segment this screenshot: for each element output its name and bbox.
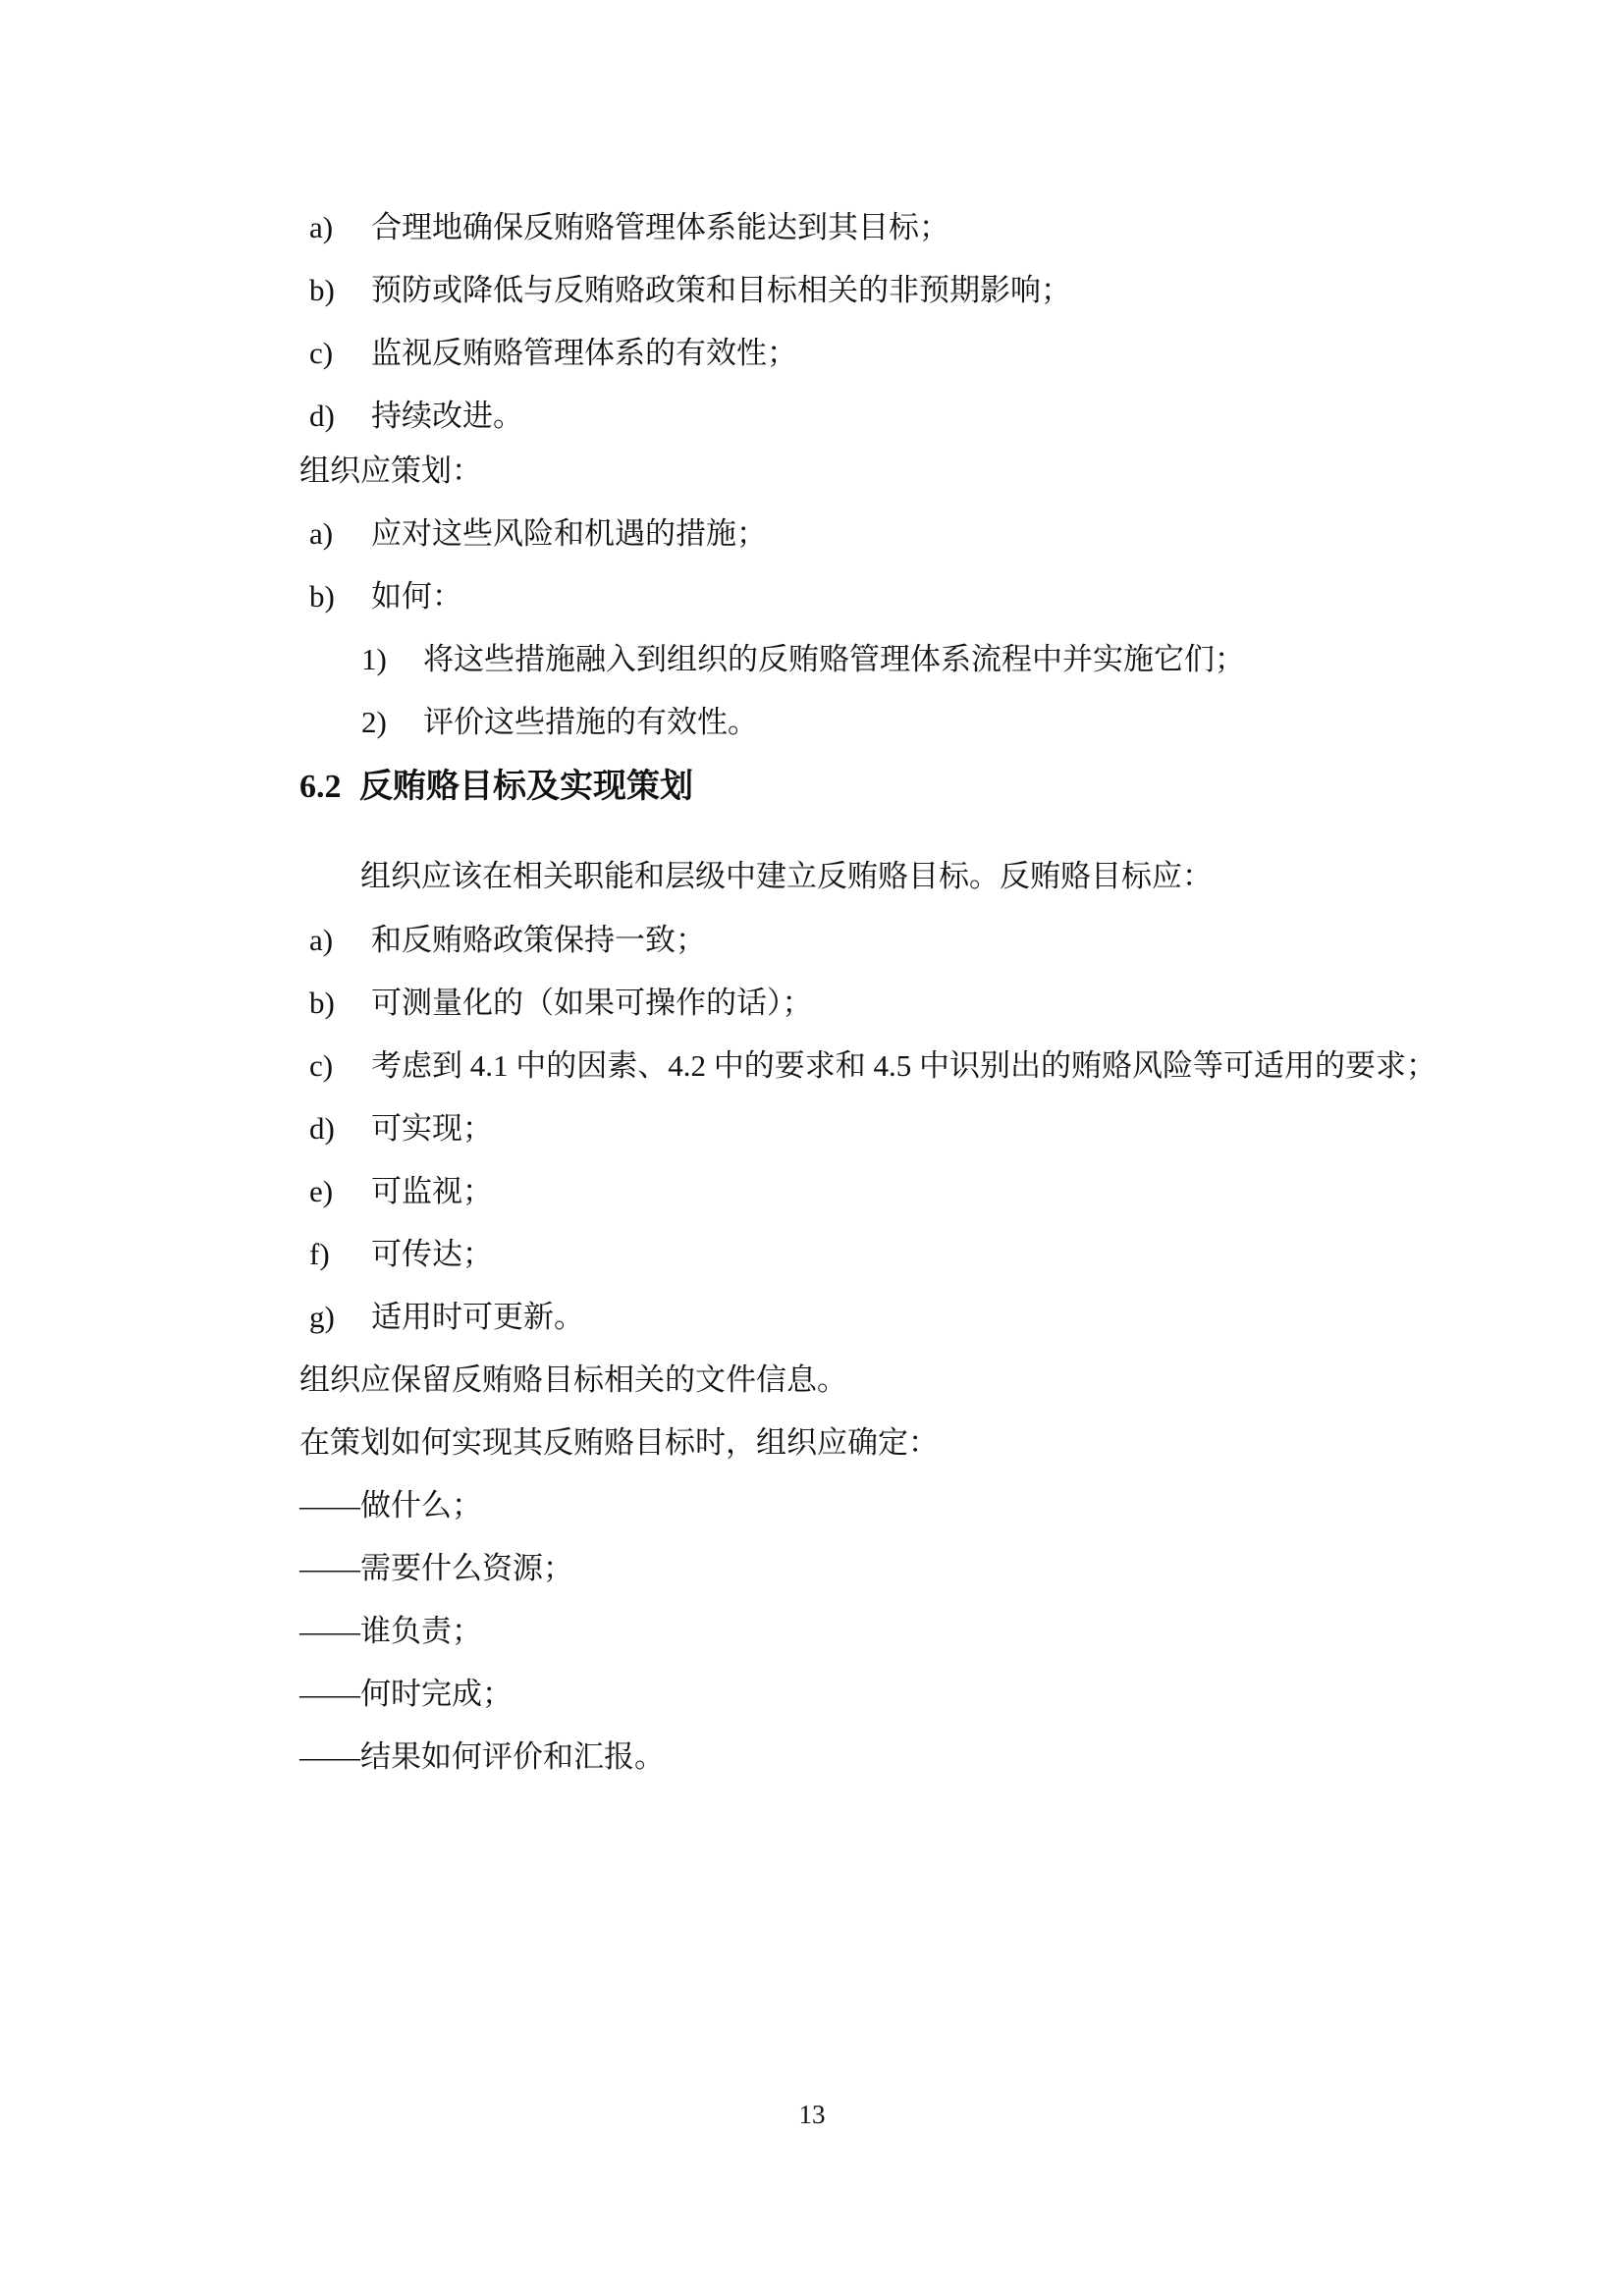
list-item: a) 应对这些风险和机遇的措施；: [299, 517, 1506, 550]
list-item: b) 如何：: [299, 580, 1506, 613]
list-item: c) 监视反贿赂管理体系的有效性；: [299, 337, 1506, 369]
list-item-marker: 1): [352, 643, 423, 675]
planning-intro-paragraph: 在策划如何实现其反贿赂目标时，组织应确定：: [299, 1426, 1506, 1459]
list-item-text: 如何：: [371, 580, 1506, 613]
list-item-text: 合理地确保反贿赂管理体系能达到其目标；: [371, 211, 1506, 243]
list-item-text: 考虑到 4.1 中的因素、4.2 中的要求和 4.5 中识别出的贿赂风险等可适用…: [371, 1049, 1506, 1082]
plan-intro-paragraph: 组织应策划：: [299, 454, 1506, 487]
list-item-text: 预防或降低与反贿赂政策和目标相关的非预期影响；: [371, 274, 1506, 306]
documented-info-paragraph: 组织应保留反贿赂目标相关的文件信息。: [299, 1363, 1506, 1396]
list-item: g) 适用时可更新。: [299, 1301, 1506, 1333]
page-number: 13: [0, 2101, 1624, 2128]
list-item-marker: 2): [352, 706, 423, 738]
list-item: e) 可监视；: [299, 1175, 1506, 1207]
list-item-marker: c): [299, 1049, 371, 1082]
list-item-marker: b): [299, 274, 371, 306]
objectives-intro-paragraph: 组织应该在相关职能和层级中建立反贿赂目标。反贿赂目标应：: [299, 860, 1506, 892]
list-item: c) 考虑到 4.1 中的因素、4.2 中的要求和 4.5 中识别出的贿赂风险等…: [299, 1049, 1506, 1082]
list-item: a) 合理地确保反贿赂管理体系能达到其目标；: [299, 211, 1506, 243]
list-item-marker: b): [299, 580, 371, 613]
list-item-marker: d): [299, 400, 371, 432]
list-item-text: 可实现；: [371, 1112, 1506, 1145]
list-item-marker: f): [299, 1238, 371, 1270]
dash-list-item: ——何时完成；: [299, 1678, 1506, 1710]
sub-list-item: 2) 评价这些措施的有效性。: [352, 706, 1506, 738]
list-item: a) 和反贿赂政策保持一致；: [299, 924, 1506, 956]
list-item-text: 监视反贿赂管理体系的有效性；: [371, 337, 1506, 369]
list-item: d) 可实现；: [299, 1112, 1506, 1145]
list-item-text: 持续改进。: [371, 400, 1506, 432]
list-item: b) 预防或降低与反贿赂政策和目标相关的非预期影响；: [299, 274, 1506, 306]
section-title: 反贿赂目标及实现策划: [359, 768, 693, 805]
list-item-marker: b): [299, 987, 371, 1019]
list-item-marker: g): [299, 1301, 371, 1333]
list-item-text: 评价这些措施的有效性。: [423, 706, 1506, 738]
list-item-text: 可监视；: [371, 1175, 1506, 1207]
list-item-marker: c): [299, 337, 371, 369]
dash-list-item: ——做什么；: [299, 1489, 1506, 1522]
dash-list-item: ——需要什么资源；: [299, 1552, 1506, 1584]
list-item-marker: a): [299, 517, 371, 550]
list-item: f) 可传达；: [299, 1238, 1506, 1270]
list-item-marker: e): [299, 1175, 371, 1207]
list-item-marker: d): [299, 1112, 371, 1145]
list-item-text: 可传达；: [371, 1238, 1506, 1270]
list-item-text: 可测量化的（如果可操作的话）；: [371, 987, 1506, 1019]
dash-list-item: ——结果如何评价和汇报。: [299, 1740, 1506, 1773]
list-item-text: 应对这些风险和机遇的措施；: [371, 517, 1506, 550]
list-item-marker: a): [299, 211, 371, 243]
dash-list-item: ——谁负责；: [299, 1615, 1506, 1647]
list-item-text: 将这些措施融入到组织的反贿赂管理体系流程中并实施它们；: [423, 643, 1506, 675]
section-heading: 6.2 反贿赂目标及实现策划: [299, 769, 1506, 805]
sub-list-item: 1) 将这些措施融入到组织的反贿赂管理体系流程中并实施它们；: [352, 643, 1506, 675]
section-number: 6.2: [299, 769, 342, 805]
list-item: d) 持续改进。: [299, 400, 1506, 432]
list-item-text: 和反贿赂政策保持一致；: [371, 924, 1506, 956]
document-page: a) 合理地确保反贿赂管理体系能达到其目标； b) 预防或降低与反贿赂政策和目标…: [0, 0, 1624, 2296]
document-content: a) 合理地确保反贿赂管理体系能达到其目标； b) 预防或降低与反贿赂政策和目标…: [0, 0, 1624, 1803]
list-item-text: 适用时可更新。: [371, 1301, 1506, 1333]
list-item: b) 可测量化的（如果可操作的话）；: [299, 987, 1506, 1019]
list-item-marker: a): [299, 924, 371, 956]
